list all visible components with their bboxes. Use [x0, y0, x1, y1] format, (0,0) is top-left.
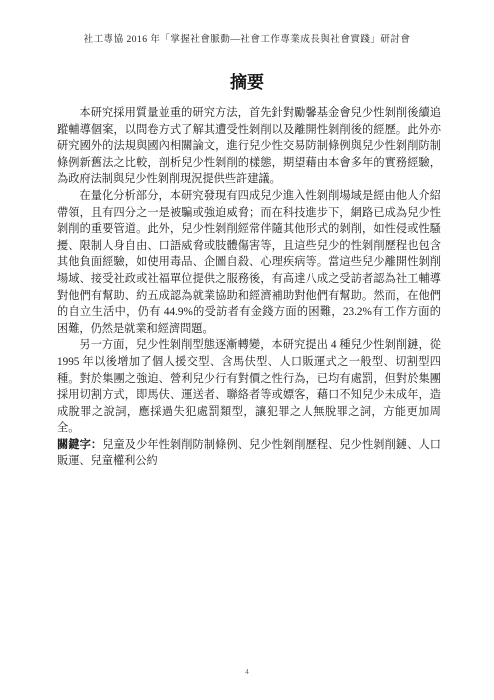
page-number: 4 — [0, 668, 494, 676]
keywords-text: 兒童及少年性剝削防制條例、兒少性剝削歷程、兒少性剝削鏈、人口販運、兒童權利公約 — [57, 439, 441, 468]
conference-header: 社工專協 2016 年「掌握社會脈動—社會工作專業成長與社會實踐」研討會 — [40, 31, 454, 45]
abstract-title: 摘要 — [0, 68, 494, 93]
abstract-body: 本研究採用質量並重的研究方法，首先針對勵馨基金會兒少性剝削後續追蹤輔導個案，以問… — [57, 105, 441, 470]
document-page: 社工專協 2016 年「掌握社會脈動—社會工作專業成長與社會實踐」研討會 摘要 … — [0, 0, 494, 700]
keywords-line: 關鍵字：兒童及少年性剝削防制條例、兒少性剝削歷程、兒少性剝削鏈、人口販運、兒童權… — [57, 437, 441, 470]
paragraph-3: 另一方面，兒少性剝削型態逐漸轉變，本研究提出 4 種兒少性剝削鏈，從 1995 … — [57, 337, 441, 437]
paragraph-2: 在量化分析部分，本研究發現有四成兒少進入性剝削場域是經由他人介紹帶領，且有四分之… — [57, 188, 441, 337]
paragraph-1: 本研究採用質量並重的研究方法，首先針對勵馨基金會兒少性剝削後續追蹤輔導個案，以問… — [57, 105, 441, 188]
keywords-label: 關鍵字： — [57, 439, 102, 451]
